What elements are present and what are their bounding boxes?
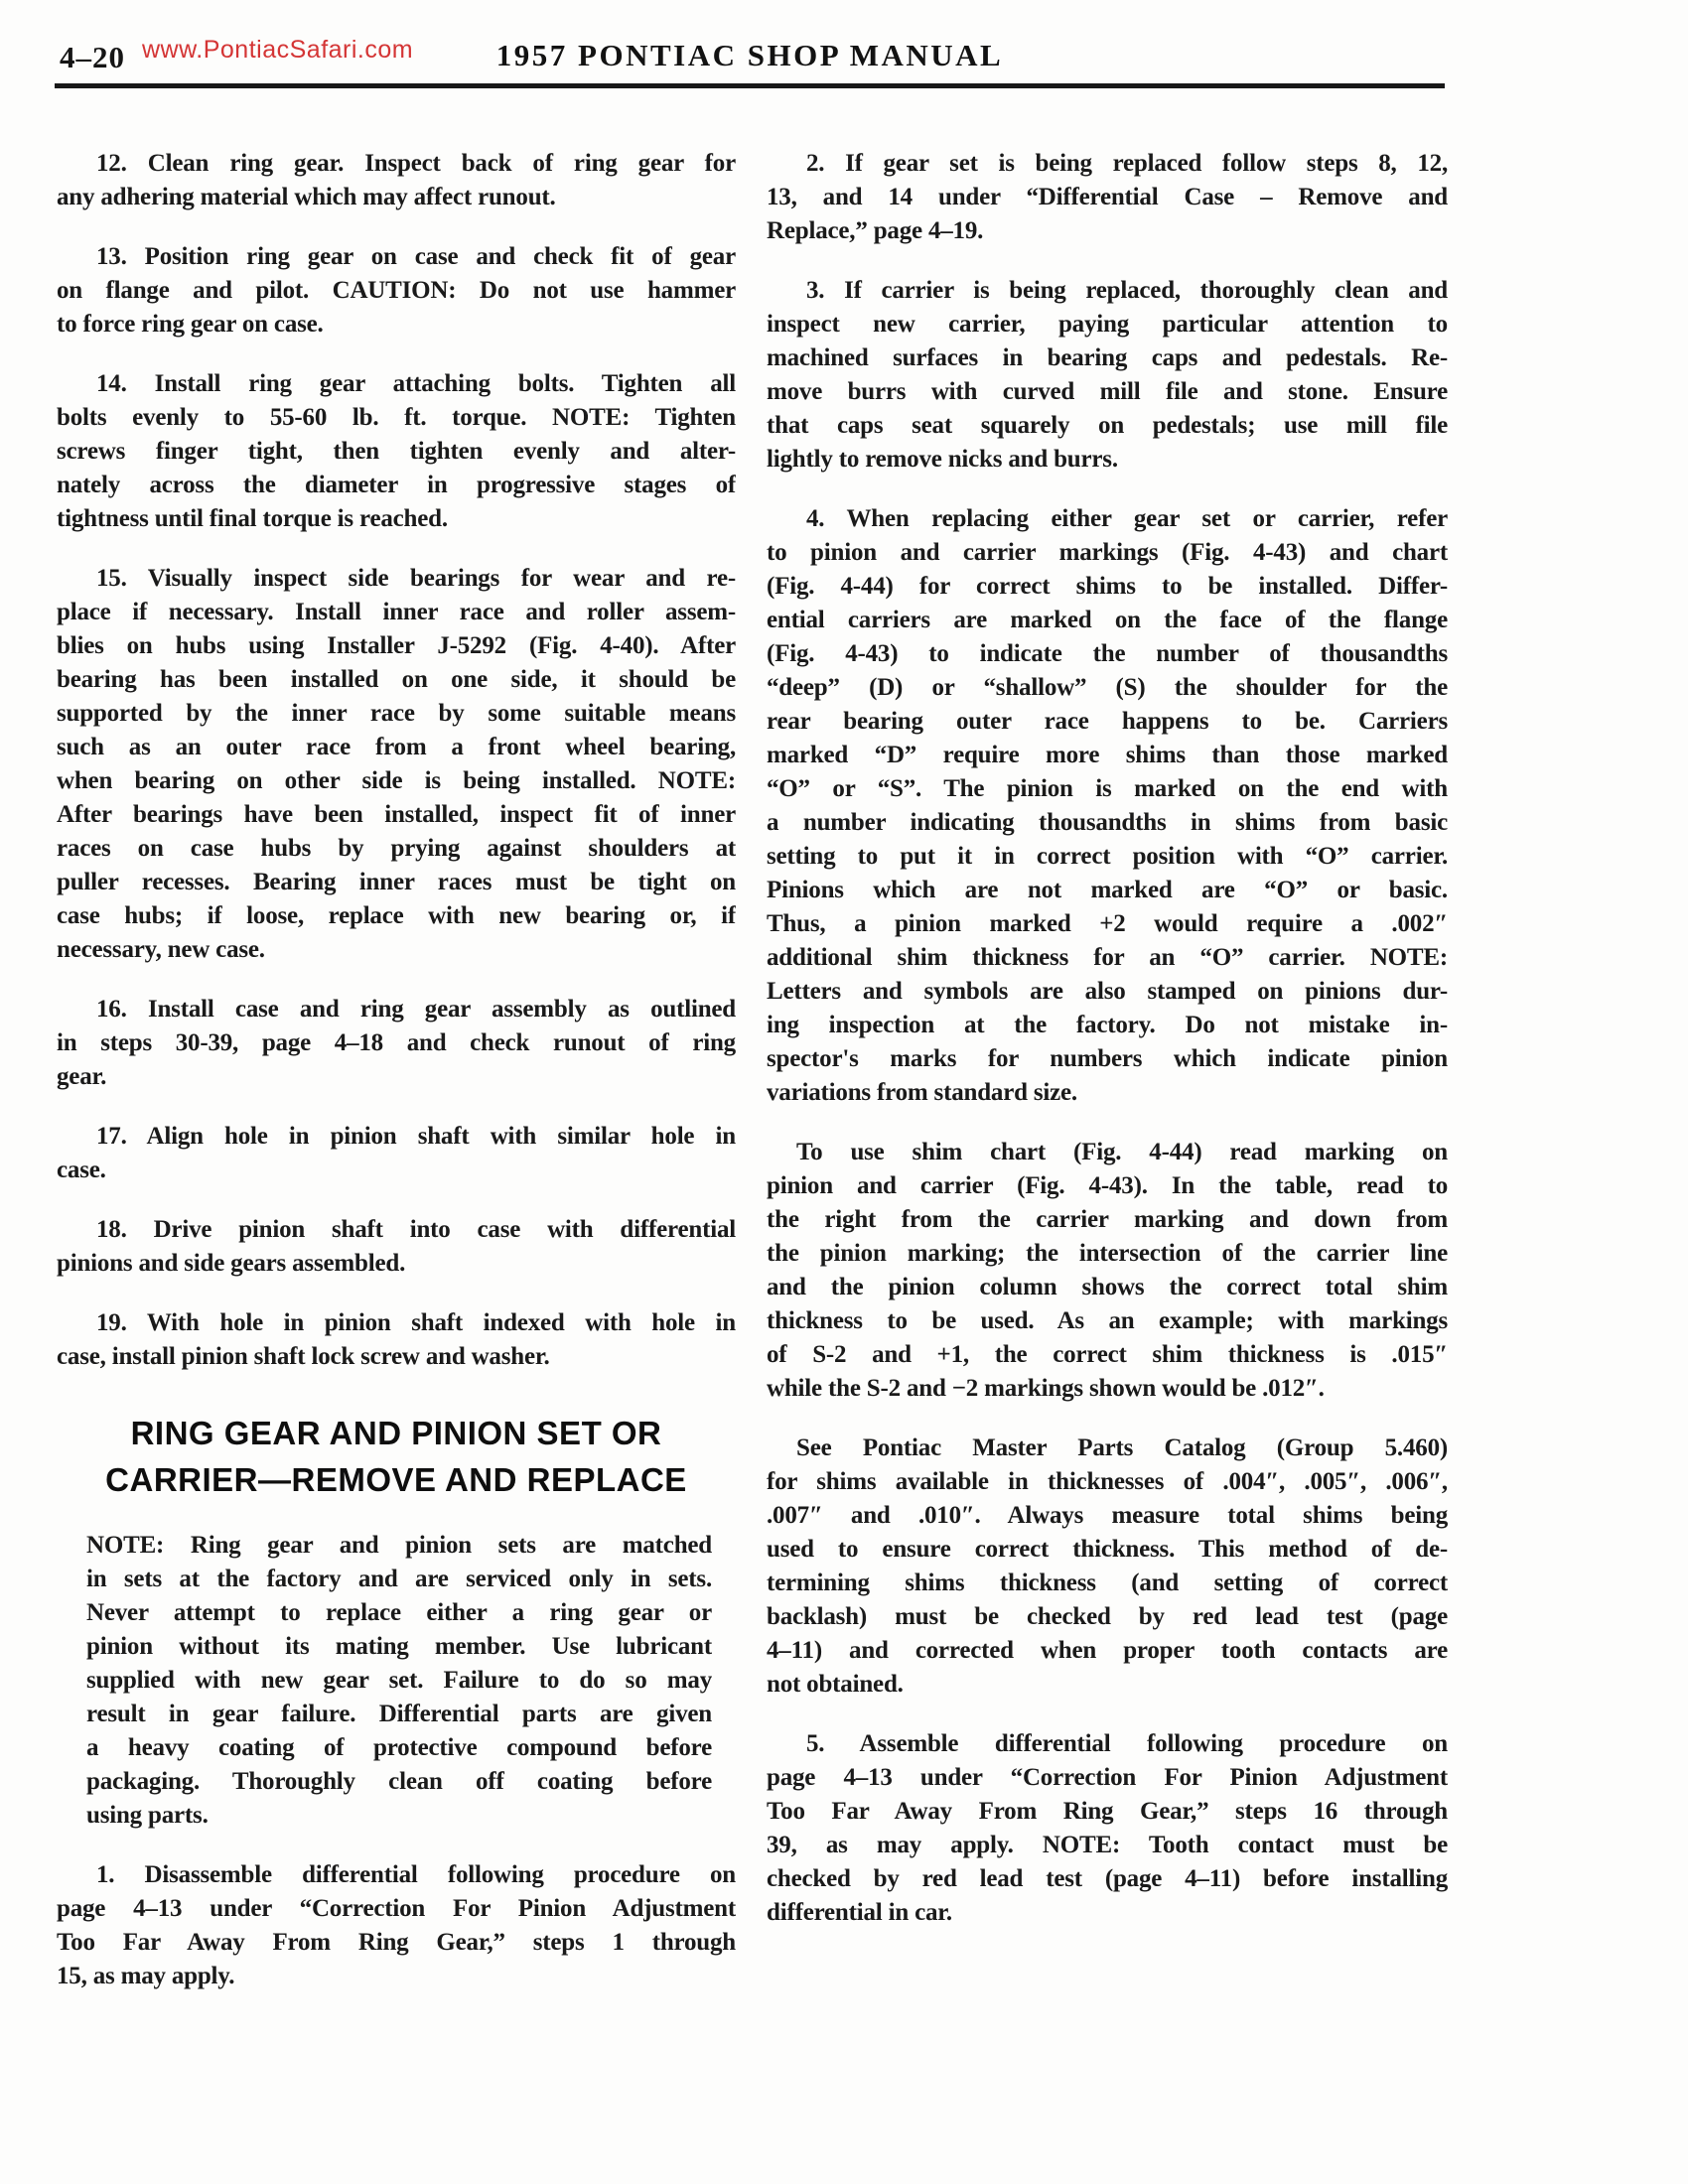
text-line: Letters and symbols are also stamped on … [767, 975, 1448, 1009]
text-line: on flange and pilot. CAUTION: Do not use… [57, 274, 736, 308]
text-line: 5. Assemble differential following proce… [767, 1727, 1448, 1761]
text-line: gear. [57, 1060, 736, 1094]
right-column: 2. If gear set is being replaced follow … [767, 147, 1448, 1956]
text-line: pinions and side gears assembled. [57, 1247, 736, 1281]
text-line: case hubs; if loose, replace with new be… [57, 899, 736, 933]
text-line: for shims available in thicknesses of .0… [767, 1465, 1448, 1499]
text-line: “deep” (D) or “shallow” (S) the shoulder… [767, 671, 1448, 705]
text-line: 13. Position ring gear on case and check… [57, 240, 736, 274]
page-header: 4–20 www.PontiacSafari.com 1957 PONTIAC … [55, 30, 1445, 81]
text-line: screws finger tight, then tighten evenly… [57, 435, 736, 469]
page-title: 1957 PONTIAC SHOP MANUAL [55, 38, 1445, 73]
text-line: the right from the carrier marking and d… [767, 1203, 1448, 1237]
text-line: used to ensure correct thickness. This m… [767, 1533, 1448, 1567]
note-block: NOTE: Ring gear and pinion sets are matc… [57, 1529, 736, 1833]
paragraph: 5. Assemble differential following proce… [767, 1727, 1448, 1930]
section-heading: RING GEAR AND PINION SET ORCARRIER—REMOV… [57, 1410, 736, 1503]
text-line: 14. Install ring gear attaching bolts. T… [57, 367, 736, 401]
text-line: CARRIER—REMOVE AND REPLACE [57, 1456, 736, 1503]
paragraph: 2. If gear set is being replaced follow … [767, 147, 1448, 248]
text-line: the pinion marking; the intersection of … [767, 1237, 1448, 1271]
text-line: while the S-2 and −2 markings shown woul… [767, 1372, 1448, 1406]
text-line: when bearing on other side is being inst… [57, 764, 736, 798]
text-line: any adhering material which may affect r… [57, 181, 736, 214]
text-line: 15, as may apply. [57, 1960, 736, 1993]
paragraph: 14. Install ring gear attaching bolts. T… [57, 367, 736, 536]
text-line: packaging. Thoroughly clean off coating … [86, 1765, 712, 1799]
text-line: additional shim thickness for an “O” car… [767, 941, 1448, 975]
text-line: 16. Install case and ring gear assembly … [57, 993, 736, 1026]
text-line: a number indicating thousandths in shims… [767, 806, 1448, 840]
paragraph: See Pontiac Master Parts Catalog (Group … [767, 1432, 1448, 1702]
text-line: checked by red lead test (page 4–11) bef… [767, 1862, 1448, 1896]
text-line: Too Far Away From Ring Gear,” steps 1 th… [57, 1926, 736, 1960]
text-line: in steps 30-39, page 4–18 and check runo… [57, 1026, 736, 1060]
text-line: RING GEAR AND PINION SET OR [57, 1410, 736, 1456]
paragraph: To use shim chart (Fig. 4-44) read marki… [767, 1136, 1448, 1406]
text-line: case, install pinion shaft lock screw an… [57, 1340, 736, 1374]
text-line: thickness to be used. As an example; wit… [767, 1304, 1448, 1338]
paragraph: 17. Align hole in pinion shaft with simi… [57, 1120, 736, 1187]
text-line: page 4–13 under “Correction For Pinion A… [57, 1892, 736, 1926]
text-line: that caps seat squarely on pedestals; us… [767, 409, 1448, 443]
text-line: “O” or “S”. The pinion is marked on the … [767, 772, 1448, 806]
text-line: 2. If gear set is being replaced follow … [767, 147, 1448, 181]
text-line: (Fig. 4-43) to indicate the number of th… [767, 637, 1448, 671]
text-line: 12. Clean ring gear. Inspect back of rin… [57, 147, 736, 181]
text-line: 17. Align hole in pinion shaft with simi… [57, 1120, 736, 1154]
header-divider [55, 83, 1445, 88]
paragraph: 15. Visually inspect side bearings for w… [57, 562, 736, 967]
text-line: inspect new carrier, paying particular a… [767, 308, 1448, 341]
text-line: 3. If carrier is being replaced, thoroug… [767, 274, 1448, 308]
text-line: Never attempt to replace either a ring g… [86, 1596, 712, 1630]
text-line: ing inspection at the factory. Do not mi… [767, 1009, 1448, 1042]
text-line: case. [57, 1154, 736, 1187]
text-line: rear bearing outer race happens to be. C… [767, 705, 1448, 739]
text-line: 39, as may apply. NOTE: Tooth contact mu… [767, 1829, 1448, 1862]
text-line: 19. With hole in pinion shaft indexed wi… [57, 1306, 736, 1340]
text-line: termining shims thickness (and setting o… [767, 1567, 1448, 1600]
text-line: See Pontiac Master Parts Catalog (Group … [767, 1432, 1448, 1465]
text-line: 4. When replacing either gear set or car… [767, 502, 1448, 536]
text-line: spector's marks for numbers which indica… [767, 1042, 1448, 1076]
text-line: .007″ and .010″. Always measure total sh… [767, 1499, 1448, 1533]
text-line: move burrs with curved mill file and sto… [767, 375, 1448, 409]
paragraph: 3. If carrier is being replaced, thoroug… [767, 274, 1448, 477]
text-line: 4–11) and corrected when proper tooth co… [767, 1634, 1448, 1668]
text-line: using parts. [86, 1799, 712, 1833]
text-line: 15. Visually inspect side bearings for w… [57, 562, 736, 596]
text-line: Pinions which are not marked are “O” or … [767, 874, 1448, 907]
text-line: Too Far Away From Ring Gear,” steps 16 t… [767, 1795, 1448, 1829]
text-line: lightly to remove nicks and burrs. [767, 443, 1448, 477]
text-line: supported by the inner race by some suit… [57, 697, 736, 731]
text-line: such as an outer race from a front wheel… [57, 731, 736, 764]
paragraph: 19. With hole in pinion shaft indexed wi… [57, 1306, 736, 1374]
text-line: pinion without its mating member. Use lu… [86, 1630, 712, 1664]
text-line: to force ring gear on case. [57, 308, 736, 341]
paragraph: 1. Disassemble differential following pr… [57, 1858, 736, 1993]
text-line: marked “D” require more shims than those… [767, 739, 1448, 772]
text-line: puller recesses. Bearing inner races mus… [57, 866, 736, 899]
text-line: a heavy coating of protective compound b… [86, 1731, 712, 1765]
text-line: setting to put it in correct position wi… [767, 840, 1448, 874]
text-line: tightness until final torque is reached. [57, 502, 736, 536]
text-line: races on case hubs by prying against sho… [57, 832, 736, 866]
text-line: in sets at the factory and are serviced … [86, 1563, 712, 1596]
text-line: NOTE: Ring gear and pinion sets are matc… [86, 1529, 712, 1563]
text-line: differential in car. [767, 1896, 1448, 1930]
paragraph: 12. Clean ring gear. Inspect back of rin… [57, 147, 736, 214]
text-line: result in gear failure. Differential par… [86, 1698, 712, 1731]
text-line: nately across the diameter in progressiv… [57, 469, 736, 502]
manual-page: 4–20 www.PontiacSafari.com 1957 PONTIAC … [0, 0, 1688, 2184]
paragraph: 13. Position ring gear on case and check… [57, 240, 736, 341]
left-column: 12. Clean ring gear. Inspect back of rin… [57, 147, 736, 2019]
text-line: blies on hubs using Installer J-5292 (Fi… [57, 629, 736, 663]
text-line: bolts evenly to 55-60 lb. ft. torque. NO… [57, 401, 736, 435]
text-line: necessary, new case. [57, 933, 736, 967]
text-line: After bearings have been installed, insp… [57, 798, 736, 832]
text-line: To use shim chart (Fig. 4-44) read marki… [767, 1136, 1448, 1169]
text-line: pinion and carrier (Fig. 4-43). In the t… [767, 1169, 1448, 1203]
text-line: of S-2 and +1, the correct shim thicknes… [767, 1338, 1448, 1372]
text-line: to pinion and carrier markings (Fig. 4-4… [767, 536, 1448, 570]
text-line: Replace,” page 4–19. [767, 214, 1448, 248]
text-line: 18. Drive pinion shaft into case with di… [57, 1213, 736, 1247]
text-line: supplied with new gear set. Failure to d… [86, 1664, 712, 1698]
text-line: and the pinion column shows the correct … [767, 1271, 1448, 1304]
text-line: variations from standard size. [767, 1076, 1448, 1110]
text-line: ential carriers are marked on the face o… [767, 604, 1448, 637]
paragraph: 18. Drive pinion shaft into case with di… [57, 1213, 736, 1281]
text-line: 1. Disassemble differential following pr… [57, 1858, 736, 1892]
text-line: place if necessary. Install inner race a… [57, 596, 736, 629]
text-line: page 4–13 under “Correction For Pinion A… [767, 1761, 1448, 1795]
text-line: not obtained. [767, 1668, 1448, 1702]
text-line: machined surfaces in bearing caps and pe… [767, 341, 1448, 375]
text-line: 13, and 14 under “Differential Case – Re… [767, 181, 1448, 214]
paragraph: 4. When replacing either gear set or car… [767, 502, 1448, 1110]
text-line: backlash) must be checked by red lead te… [767, 1600, 1448, 1634]
paragraph: 16. Install case and ring gear assembly … [57, 993, 736, 1094]
text-line: bearing has been installed on one side, … [57, 663, 736, 697]
text-line: (Fig. 4-44) for correct shims to be inst… [767, 570, 1448, 604]
text-line: Thus, a pinion marked +2 would require a… [767, 907, 1448, 941]
